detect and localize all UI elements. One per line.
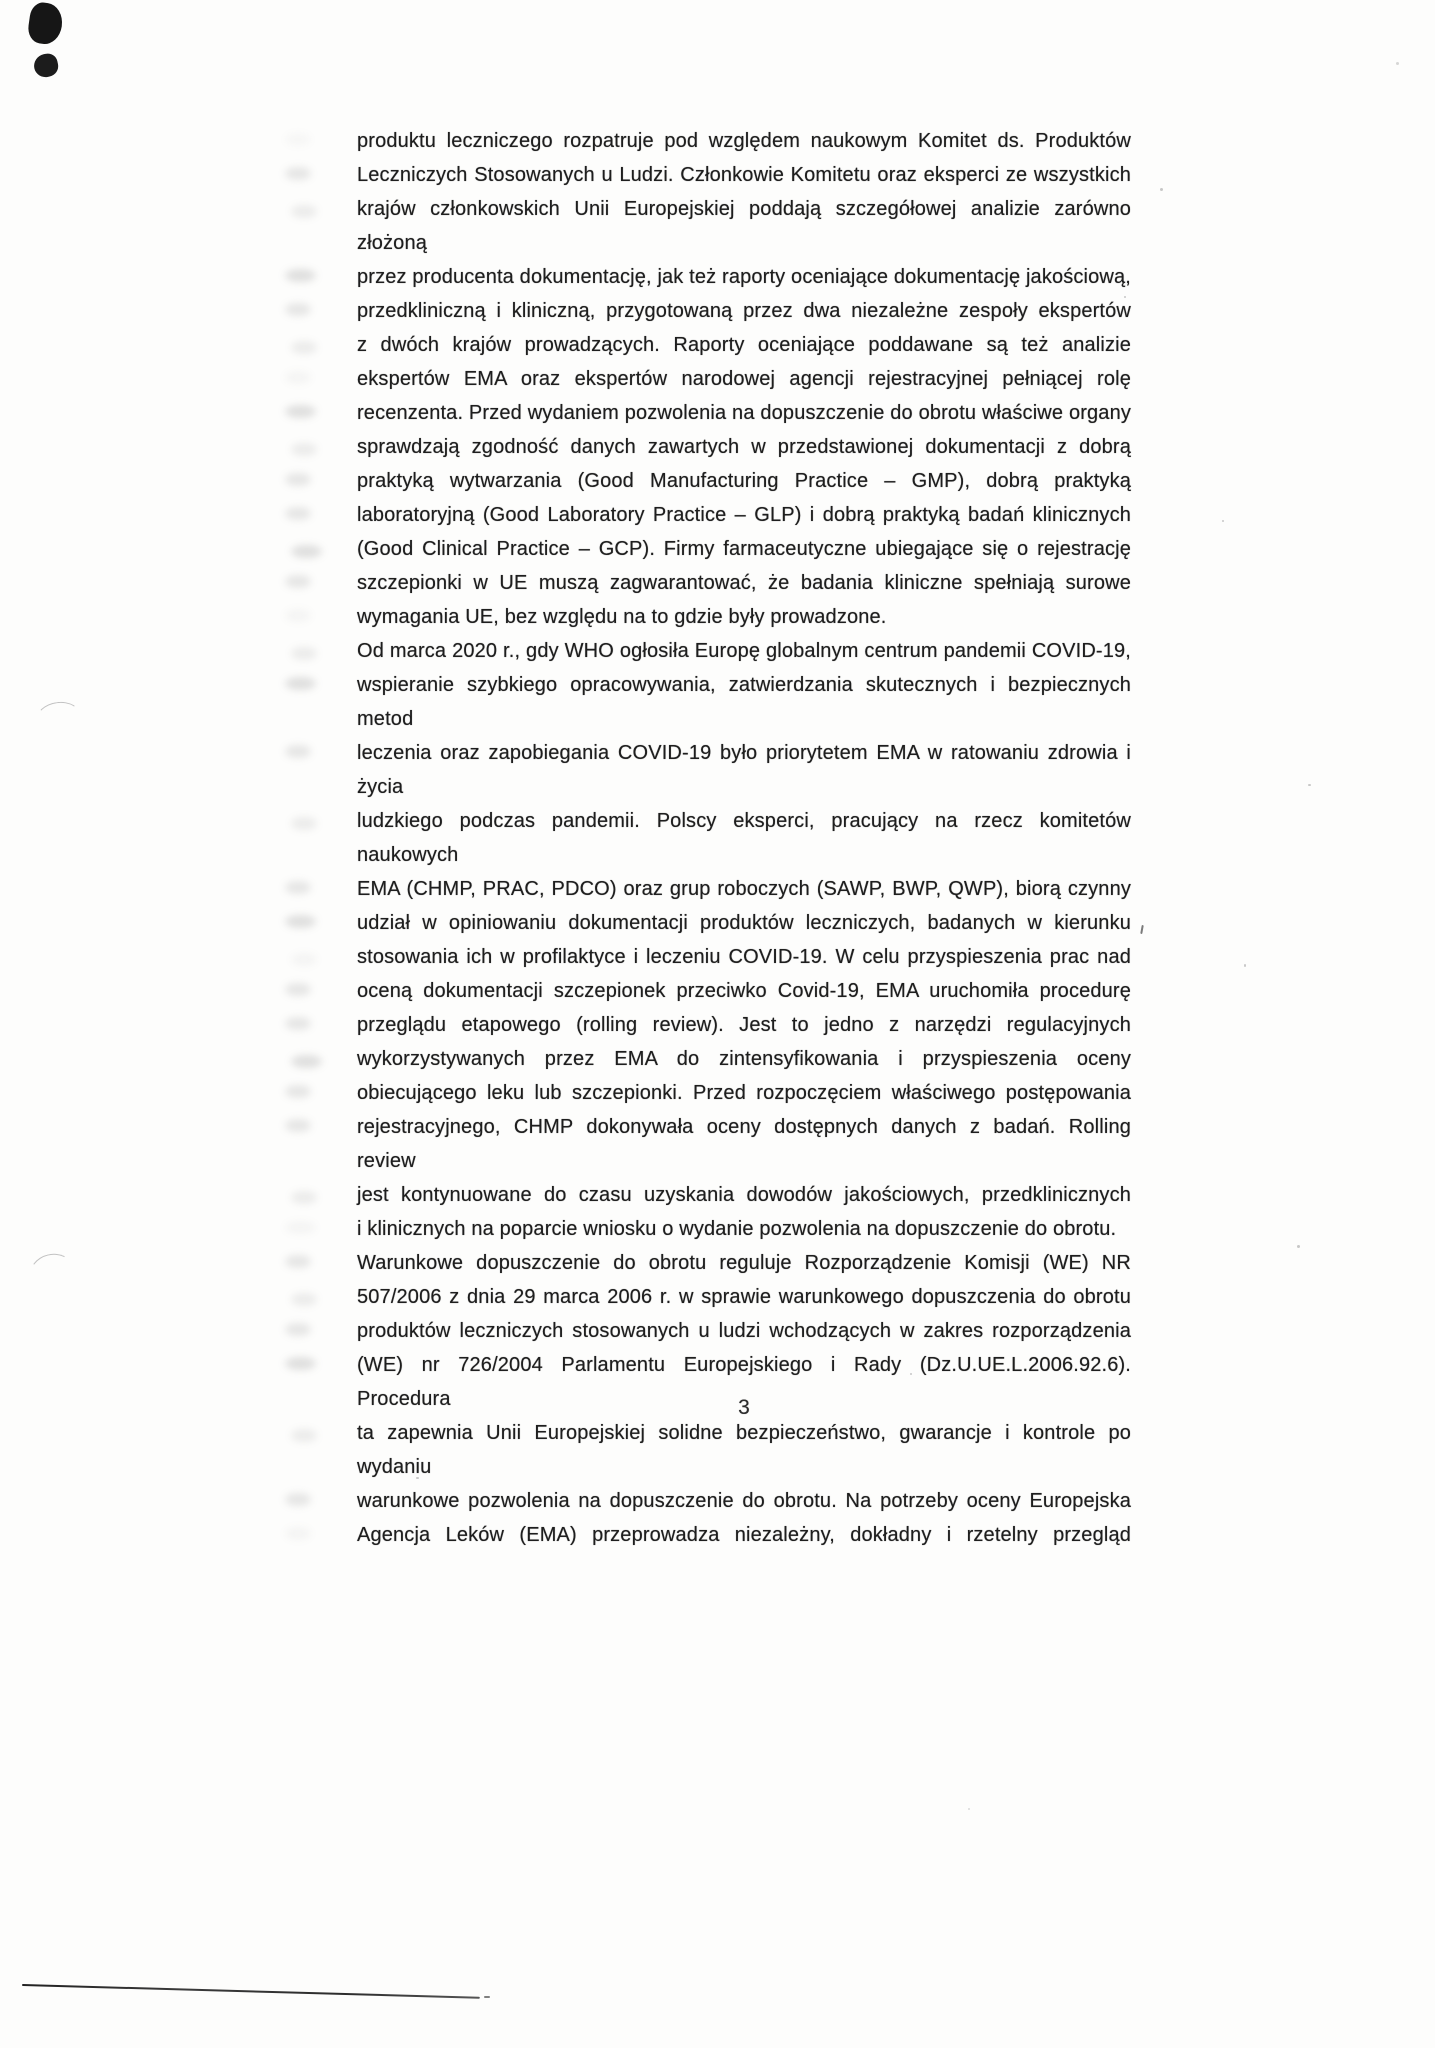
body-text: produktu leczniczego rozpatruje pod wzgl… — [357, 124, 1131, 1552]
scan-speck — [1396, 62, 1399, 65]
text-line: Warunkowe dopuszczenie do obrotu reguluj… — [357, 1246, 1131, 1280]
scan-speck — [1160, 188, 1163, 191]
text-line: EMA (CHMP, PRAC, PDCO) oraz grup roboczy… — [357, 872, 1131, 906]
scan-corner-blob — [26, 1, 64, 46]
text-line: przedkliniczną i kliniczną, przygotowaną… — [357, 294, 1131, 328]
text-line: udział w opiniowaniu dokumentacji produk… — [357, 906, 1131, 940]
scan-speck — [968, 1808, 970, 1810]
bottom-ink-line-end — [484, 1996, 490, 1998]
text-line: (Good Clinical Practice – GCP). Firmy fa… — [357, 532, 1131, 566]
text-line: szczepionki w UE muszą zagwarantować, że… — [357, 566, 1131, 600]
text-line: i klinicznych na poparcie wniosku o wyda… — [357, 1212, 1131, 1246]
page-number: 3 — [357, 1396, 1131, 1420]
text-line: stosowania ich w profilaktyce i leczeniu… — [357, 940, 1131, 974]
scan-speck — [910, 1373, 912, 1375]
text-line: praktyką wytwarzania (Good Manufacturing… — [357, 464, 1131, 498]
text-line: wykorzystywanych przez EMA do zintensyfi… — [357, 1042, 1131, 1076]
text-line: laboratoryjną (Good Laboratory Practice … — [357, 498, 1131, 532]
text-line: sprawdzają zgodność danych zawartych w p… — [357, 430, 1131, 464]
text-line: przez producenta dokumentację, jak też r… — [357, 260, 1131, 294]
document-page: produktu leczniczego rozpatruje pod wzgl… — [0, 0, 1435, 2048]
text-line: leczenia oraz zapobiegania COVID-19 było… — [357, 736, 1131, 804]
text-line: Leczniczych Stosowanych u Ludzi. Członko… — [357, 158, 1131, 192]
text-line: Agencja Leków (EMA) przeprowadza niezale… — [357, 1518, 1131, 1552]
text-line: rejestracyjnego, CHMP dokonywała oceny d… — [357, 1110, 1131, 1178]
text-line: recenzenta. Przed wydaniem pozwolenia na… — [357, 396, 1131, 430]
scan-speck — [1297, 1245, 1300, 1248]
text-line: produktu leczniczego rozpatruje pod wzgl… — [357, 124, 1131, 158]
text-line: przeglądu etapowego (rolling review). Je… — [357, 1008, 1131, 1042]
text-line: jest kontynuowane do czasu uzyskania dow… — [357, 1178, 1131, 1212]
scan-arc-mark — [34, 699, 84, 738]
text-line: ludzkiego podczas pandemii. Polscy ekspe… — [357, 804, 1131, 872]
text-line: ta zapewnia Unii Europejskiej solidne be… — [357, 1416, 1131, 1484]
text-line: z dwóch krajów prowadzących. Raporty oce… — [357, 328, 1131, 362]
bottom-ink-line — [22, 1984, 480, 1999]
scan-speck — [1308, 784, 1311, 786]
text-line: wymagania UE, bez względu na to gdzie by… — [357, 600, 1131, 634]
scan-arc-mark — [26, 1249, 77, 1295]
text-line: krajów członkowskich Unii Europejskiej p… — [357, 192, 1131, 260]
pen-tick-mark — [1140, 925, 1144, 934]
text-line: Od marca 2020 r., gdy WHO ogłosiła Europ… — [357, 634, 1131, 668]
text-line: produktów leczniczych stosowanych u ludz… — [357, 1314, 1131, 1348]
text-line: obiecującego leku lub szczepionki. Przed… — [357, 1076, 1131, 1110]
text-line: ekspertów EMA oraz ekspertów narodowej a… — [357, 362, 1131, 396]
scan-speck — [1222, 520, 1224, 522]
text-line: wspieranie szybkiego opracowywania, zatw… — [357, 668, 1131, 736]
scan-speck — [1124, 296, 1126, 298]
text-line: warunkowe pozwolenia na dopuszczenie do … — [357, 1484, 1131, 1518]
text-line: 507/2006 z dnia 29 marca 2006 r. w spraw… — [357, 1280, 1131, 1314]
scan-speck — [1244, 964, 1246, 967]
scan-corner-blob — [32, 52, 60, 79]
text-line: oceną dokumentacji szczepionek przeciwko… — [357, 974, 1131, 1008]
scan-speck — [416, 1477, 419, 1479]
